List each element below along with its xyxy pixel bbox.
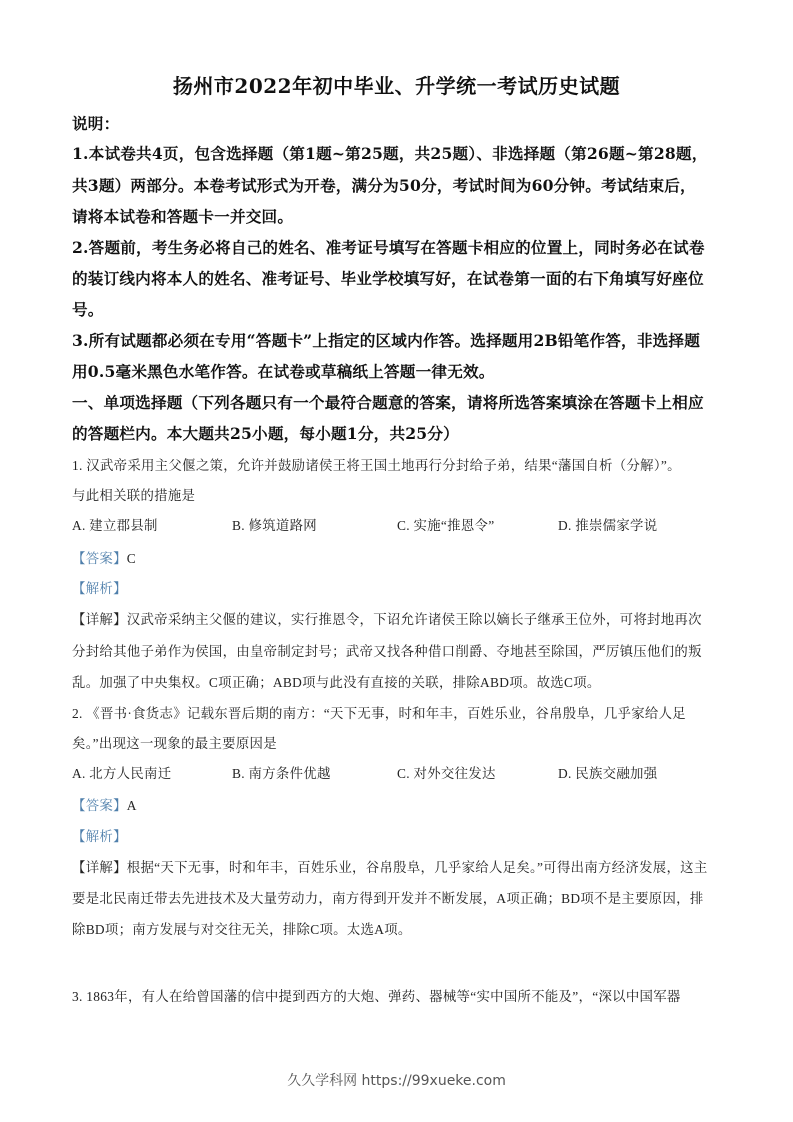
instruction-line: 1.本试卷共4页，包含选择题（第1题~第25题，共25题）、非选择题（第26题~… <box>72 142 708 164</box>
answer-value: C <box>127 551 136 566</box>
instruction-line: 2.答题前，考生务必将自己的姓名、准考证号填写在答题卡相应的位置上，同时务必在试… <box>72 236 705 258</box>
option-a: A. 建立郡县制 <box>72 515 158 534</box>
answer-value: A <box>127 798 137 813</box>
detail-tag: 【详解】 <box>72 860 127 875</box>
detail-line: 【详解】根据“天下无事，时和年丰，百姓乐业，谷帛殷阜，几乎家给人足矣。”可得出南… <box>72 857 708 876</box>
answer-tag: 【答案】 <box>72 798 127 813</box>
question-stem: 矣。”出现这一现象的最主要原因是 <box>72 733 277 752</box>
detail-line: 除BD项；南方发展与对交往无关，排除C项。太选A项。 <box>72 919 412 938</box>
exam-page: 扬州市2022年初中毕业、升学统一考试历史试题 说明： 1.本试卷共4页，包含选… <box>0 0 793 1122</box>
option-c: C. 对外交往发达 <box>397 763 496 782</box>
instruction-line: 的装订线内将本人的姓名、准考证号、毕业学校填写好，在试卷第一面的右下角填写好座位 <box>72 267 704 289</box>
detail-tag: 【详解】 <box>72 612 127 627</box>
section-heading: 的答题栏内。本大题共25小题，每小题1分，共25分） <box>72 422 459 444</box>
detail-line: 要是北民南迁带去先进技术及大量劳动力，南方得到开发并不断发展，A项正确；BD项不… <box>72 888 704 907</box>
question-stem: 3. 1863年，有人在给曾国藩的信中提到西方的大炮、弹药、器械等“实中国所不能… <box>72 986 681 1005</box>
detail-text: 根据“天下无事，时和年丰，百姓乐业，谷帛殷阜，几乎家给人足矣。”可得出南方经济发… <box>127 860 708 875</box>
section-heading: 一、单项选择题（下列各题只有一个最符合题意的答案，请将所选答案填涂在答题卡上相应 <box>72 391 704 413</box>
analysis-tag: 【解析】 <box>72 578 127 597</box>
option-b: B. 修筑道路网 <box>232 515 317 534</box>
question-stem: 2. 《晋书·食货志》记载东晋后期的南方：“天下无事，时和年丰，百姓乐业，谷帛殷… <box>72 703 686 722</box>
question-stem: 与此相关联的措施是 <box>72 485 195 504</box>
detail-line: 分封给其他子弟作为侯国，由皇帝制定封号；武帝又找各种借口削爵、夺地甚至除国，严厉… <box>72 641 702 660</box>
footer-watermark: 久久学科网 https://99xueke.com <box>0 1070 793 1090</box>
document-title: 扬州市2022年初中毕业、升学统一考试历史试题 <box>0 70 793 99</box>
option-b: B. 南方条件优越 <box>232 763 331 782</box>
analysis-tag: 【解析】 <box>72 826 127 845</box>
option-d: D. 民族交融加强 <box>558 763 657 782</box>
answer-line: 【答案】A <box>72 795 137 814</box>
instruction-line: 共3题）两部分。本卷考试形式为开卷，满分为50分，考试时间为60分钟。考试结束后… <box>72 174 696 196</box>
answer-line: 【答案】C <box>72 548 136 567</box>
detail-line: 【详解】汉武帝采纳主父偃的建议，实行推恩令，下诏允许诸侯王除以嫡长子继承王位外，… <box>72 609 702 628</box>
option-a: A. 北方人民南迁 <box>72 763 171 782</box>
detail-text: 汉武帝采纳主父偃的建议，实行推恩令，下诏允许诸侯王除以嫡长子继承王位外，可将封地… <box>127 612 702 627</box>
option-c: C. 实施“推恩令” <box>397 515 494 534</box>
instructions-heading: 说明： <box>72 112 119 134</box>
question-stem: 1. 汉武帝采用主父偃之策，允许并鼓励诸侯王将王国土地再行分封给子弟，结果“藩国… <box>72 455 681 474</box>
instruction-line: 号。 <box>72 298 104 320</box>
option-d: D. 推崇儒家学说 <box>558 515 657 534</box>
instruction-line: 3.所有试题都必须在专用“答题卡”上指定的区域内作答。选择题用2B铅笔作答，非选… <box>72 329 700 351</box>
instruction-line: 请将本试卷和答题卡一并交回。 <box>72 205 293 227</box>
instruction-line: 用0.5毫米黑色水笔作答。在试卷或草稿纸上答题一律无效。 <box>72 360 495 382</box>
answer-tag: 【答案】 <box>72 551 127 566</box>
detail-line: 乱。加强了中央集权。C项正确；ABD项与此没有直接的关联，排除ABD项。故选C项… <box>72 672 601 691</box>
